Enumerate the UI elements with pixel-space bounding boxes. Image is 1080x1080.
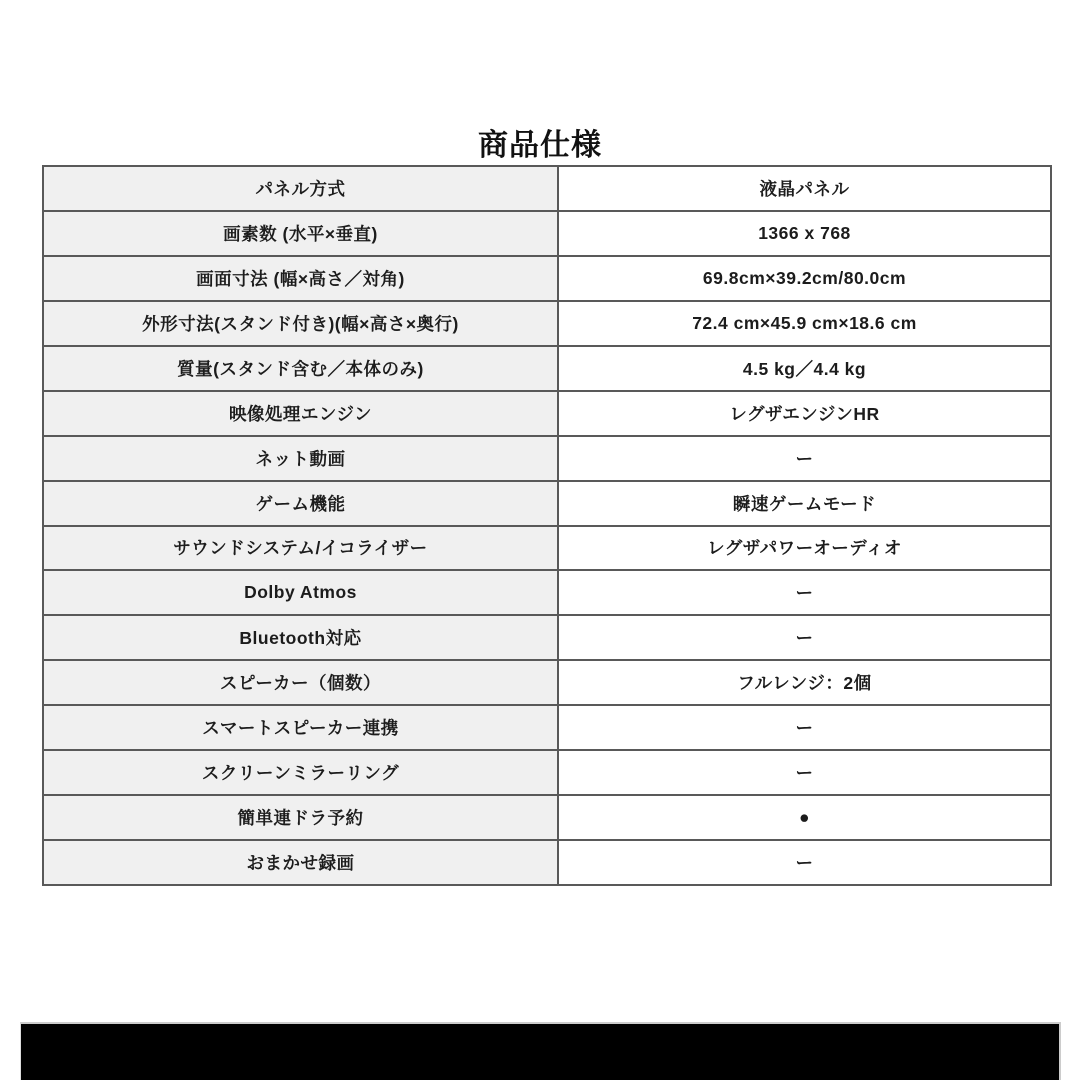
- spec-label-cell: おまかせ録画: [43, 840, 558, 885]
- spec-label-cell: 質量(スタンド含む／本体のみ): [43, 346, 558, 391]
- spec-row: スマートスピーカー連携ー: [43, 705, 1051, 750]
- spec-value-cell: フルレンジ：2個: [558, 660, 1051, 705]
- spec-value-cell: レグザエンジンHR: [558, 391, 1051, 436]
- spec-label-cell: Dolby Atmos: [43, 570, 558, 615]
- spec-label-cell: パネル方式: [43, 166, 558, 211]
- spec-value-cell: 1366 x 768: [558, 211, 1051, 256]
- spec-row: 質量(スタンド含む／本体のみ)4.5 kg／4.4 kg: [43, 346, 1051, 391]
- spec-value-cell: 69.8cm×39.2cm/80.0cm: [558, 256, 1051, 301]
- spec-label-cell: Bluetooth対応: [43, 615, 558, 660]
- spec-value-cell: ー: [558, 705, 1051, 750]
- spec-value-cell: レグザパワーオーディオ: [558, 526, 1051, 571]
- spec-label-cell: スクリーンミラーリング: [43, 750, 558, 795]
- spec-value-cell: ー: [558, 750, 1051, 795]
- spec-value-cell: 液晶パネル: [558, 166, 1051, 211]
- spec-label-cell: ゲーム機能: [43, 481, 558, 526]
- spec-value-cell: ー: [558, 436, 1051, 481]
- spec-row: 簡単連ドラ予約●: [43, 795, 1051, 840]
- spec-value-cell: 瞬速ゲームモード: [558, 481, 1051, 526]
- spec-row: 画面寸法 (幅×高さ／対角)69.8cm×39.2cm/80.0cm: [43, 256, 1051, 301]
- spec-row: スピーカー（個数）フルレンジ：2個: [43, 660, 1051, 705]
- spec-label-cell: 映像処理エンジン: [43, 391, 558, 436]
- spec-row: Dolby Atmosー: [43, 570, 1051, 615]
- spec-label-cell: ネット動画: [43, 436, 558, 481]
- spec-row: ゲーム機能瞬速ゲームモード: [43, 481, 1051, 526]
- page-title: 商品仕様: [0, 120, 1080, 164]
- spec-value-cell: 72.4 cm×45.9 cm×18.6 cm: [558, 301, 1051, 346]
- spec-label-cell: 画素数 (水平×垂直): [43, 211, 558, 256]
- next-image-peek: [20, 1022, 1061, 1080]
- product-spec-table: パネル方式液晶パネル画素数 (水平×垂直)1366 x 768画面寸法 (幅×高…: [42, 165, 1052, 886]
- spec-row: サウンドシステム/イコライザーレグザパワーオーディオ: [43, 526, 1051, 571]
- spec-row: パネル方式液晶パネル: [43, 166, 1051, 211]
- spec-row: スクリーンミラーリングー: [43, 750, 1051, 795]
- spec-value-cell: ー: [558, 840, 1051, 885]
- spec-value-cell: ー: [558, 615, 1051, 660]
- spec-label-cell: 簡単連ドラ予約: [43, 795, 558, 840]
- spec-row: 映像処理エンジンレグザエンジンHR: [43, 391, 1051, 436]
- spec-row: 画素数 (水平×垂直)1366 x 768: [43, 211, 1051, 256]
- spec-label-cell: スピーカー（個数）: [43, 660, 558, 705]
- spec-row: Bluetooth対応ー: [43, 615, 1051, 660]
- spec-label-cell: スマートスピーカー連携: [43, 705, 558, 750]
- spec-row: 外形寸法(スタンド付き)(幅×高さ×奥行)72.4 cm×45.9 cm×18.…: [43, 301, 1051, 346]
- spec-value-cell: 4.5 kg／4.4 kg: [558, 346, 1051, 391]
- spec-row: おまかせ録画ー: [43, 840, 1051, 885]
- spec-label-cell: 画面寸法 (幅×高さ／対角): [43, 256, 558, 301]
- spec-row: ネット動画ー: [43, 436, 1051, 481]
- spec-label-cell: 外形寸法(スタンド付き)(幅×高さ×奥行): [43, 301, 558, 346]
- spec-label-cell: サウンドシステム/イコライザー: [43, 526, 558, 571]
- spec-value-cell: ー: [558, 570, 1051, 615]
- spec-value-cell: ●: [558, 795, 1051, 840]
